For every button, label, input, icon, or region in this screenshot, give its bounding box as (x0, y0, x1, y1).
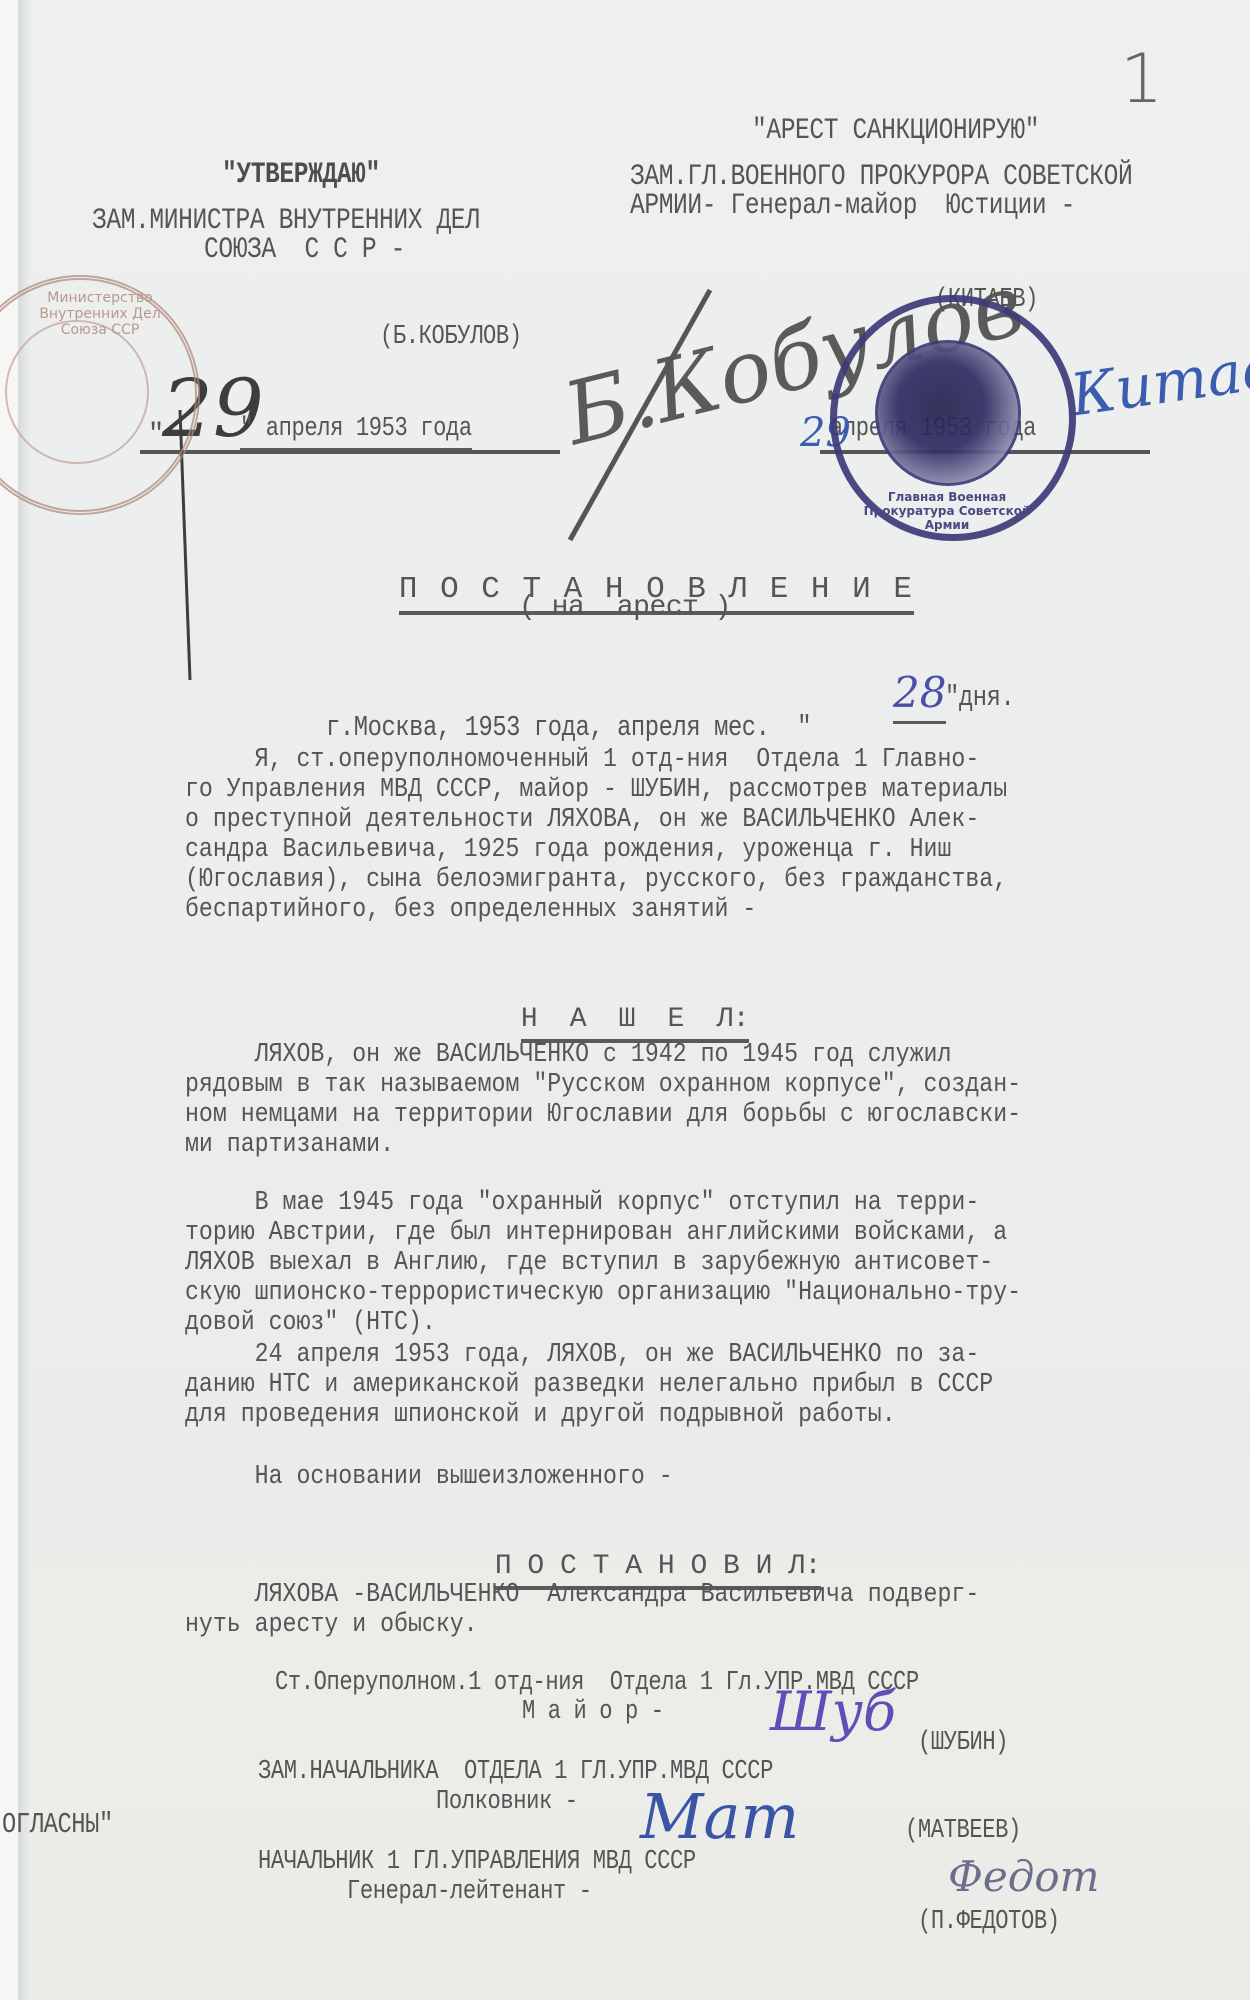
basis-line: На основании вышеизложенного - (185, 1462, 1097, 1492)
approval-heading: "УТВЕРЖДАЮ" (222, 160, 380, 190)
place-date-day: 28 (893, 668, 946, 724)
intro-line: о преступной деятельности ЛЯХОВА, он же … (185, 805, 1097, 835)
prosecutor-stamp-text: Главная Военная Прокуратура Советской Ар… (857, 490, 1037, 532)
signatory-name: (ШУБИН) (918, 1728, 1008, 1758)
sanction-title-line2: АРМИИ- Генерал-майор Юстиции - (630, 191, 1075, 221)
document-subtitle: ( на арест ) (0, 593, 1250, 623)
signatory-title: НАЧАЛЬНИК 1 ГЛ.УПРАВЛЕНИЯ МВД СССР (258, 1847, 696, 1877)
signatory-signature: Шуб (770, 1680, 896, 1743)
found-line: ном немцами на территории Югославии для … (185, 1100, 1097, 1130)
found-line: В мае 1945 года "охранный корпус" отступ… (185, 1188, 1097, 1218)
page-number: 1 (1120, 40, 1163, 119)
ministry-stamp-text: Министерство Внутренних Дел Союза ССР (20, 290, 180, 338)
signatory-rank: М а й о р - (522, 1697, 664, 1727)
resolution-paragraph: ЛЯХОВА -ВАСИЛЬЧЕНКО Александра Васильеви… (185, 1580, 1245, 1640)
intro-line: Я, ст.оперуполномоченный 1 отд-ния Отдел… (185, 745, 1097, 775)
found-line: торию Австрии, где был интернирован англ… (185, 1218, 1097, 1248)
intro-line: го Управления МВД СССР, майор - ШУБИН, р… (185, 775, 1097, 805)
signatory-name: (МАТВЕЕВ) (905, 1816, 1021, 1846)
found-paragraph-2: В мае 1945 года "охранный корпус" отступ… (185, 1188, 1245, 1338)
signatory-name: (П.ФЕДОТОВ) (918, 1907, 1060, 1937)
approval-title-line1: ЗАМ.МИНИСТРА ВНУТРЕННИХ ДЕЛ (92, 206, 480, 236)
found-line: ми партизанами. (185, 1130, 1097, 1160)
document-page: 1 "УТВЕРЖДАЮ" ЗАМ.МИНИСТРА ВНУТРЕННИХ ДЕ… (0, 0, 1250, 2000)
found-line: ЛЯХОВ выехал в Англию, где вступил в зар… (185, 1248, 1097, 1278)
signatory-rank: Полковник - (436, 1787, 578, 1817)
place-date-prefix: г.Москва, 1953 года, апреля мес. " (326, 713, 811, 743)
basis-paragraph: На основании вышеизложенного - (185, 1462, 1245, 1492)
resolution-line: нуть аресту и обыску. (185, 1610, 1097, 1640)
intro-line: беспартийного, без определенных занятий … (185, 895, 1097, 925)
signatory-signature: Федот (948, 1852, 1099, 1901)
sanction-title-line1: ЗАМ.ГЛ.ВОЕННОГО ПРОКУРОРА СОВЕТСКОЙ (630, 162, 1132, 192)
found-line: ЛЯХОВ, он же ВАСИЛЬЧЕНКО с 1942 по 1945 … (185, 1040, 1097, 1070)
place-date-suffix: "дня. (945, 683, 1014, 713)
found-line: скую шпионско-террористическую организац… (185, 1278, 1097, 1308)
found-line: 24 апреля 1953 года, ЛЯХОВ, он же ВАСИЛЬ… (185, 1340, 1097, 1370)
agreed-label: ОГЛАСНЫ" (2, 1810, 113, 1840)
resolution-line: ЛЯХОВА -ВАСИЛЬЧЕНКО Александра Васильеви… (185, 1580, 1097, 1610)
found-paragraph-3: 24 апреля 1953 года, ЛЯХОВ, он же ВАСИЛЬ… (185, 1340, 1245, 1430)
signatory-rank: Генерал-лейтенант - (347, 1877, 592, 1907)
sanction-heading: "АРЕСТ САНКЦИОНИРУЮ" (752, 116, 1039, 146)
sanction-signature: Китаев (1066, 329, 1250, 430)
found-line: довой союз" (НТС). (185, 1308, 1097, 1338)
intro-line: сандра Васильевича, 1925 года рождения, … (185, 835, 1097, 865)
found-line: данию НТС и американской разведки нелега… (185, 1370, 1097, 1400)
found-paragraph-1: ЛЯХОВ, он же ВАСИЛЬЧЕНКО с 1942 по 1945 … (185, 1040, 1245, 1160)
intro-line: (Югославия), сына белоэмигранта, русског… (185, 865, 1097, 895)
found-heading-text: Н А Ш Е Л: (521, 1004, 749, 1043)
found-line: рядовым в так называемом "Русском охранн… (185, 1070, 1097, 1100)
prosecutor-stamp: Главная Военная Прокуратура Советской Ар… (830, 295, 1076, 541)
intro-paragraph: Я, ст.оперуполномоченный 1 отд-ния Отдел… (185, 745, 1245, 925)
approval-signature-stroke (150, 280, 800, 700)
found-line: для проведения шпионской и другой подрыв… (185, 1400, 1097, 1430)
signatory-signature: Мат (640, 1780, 799, 1853)
approval-title-line2: СОЮЗА С С Р - (204, 235, 405, 265)
